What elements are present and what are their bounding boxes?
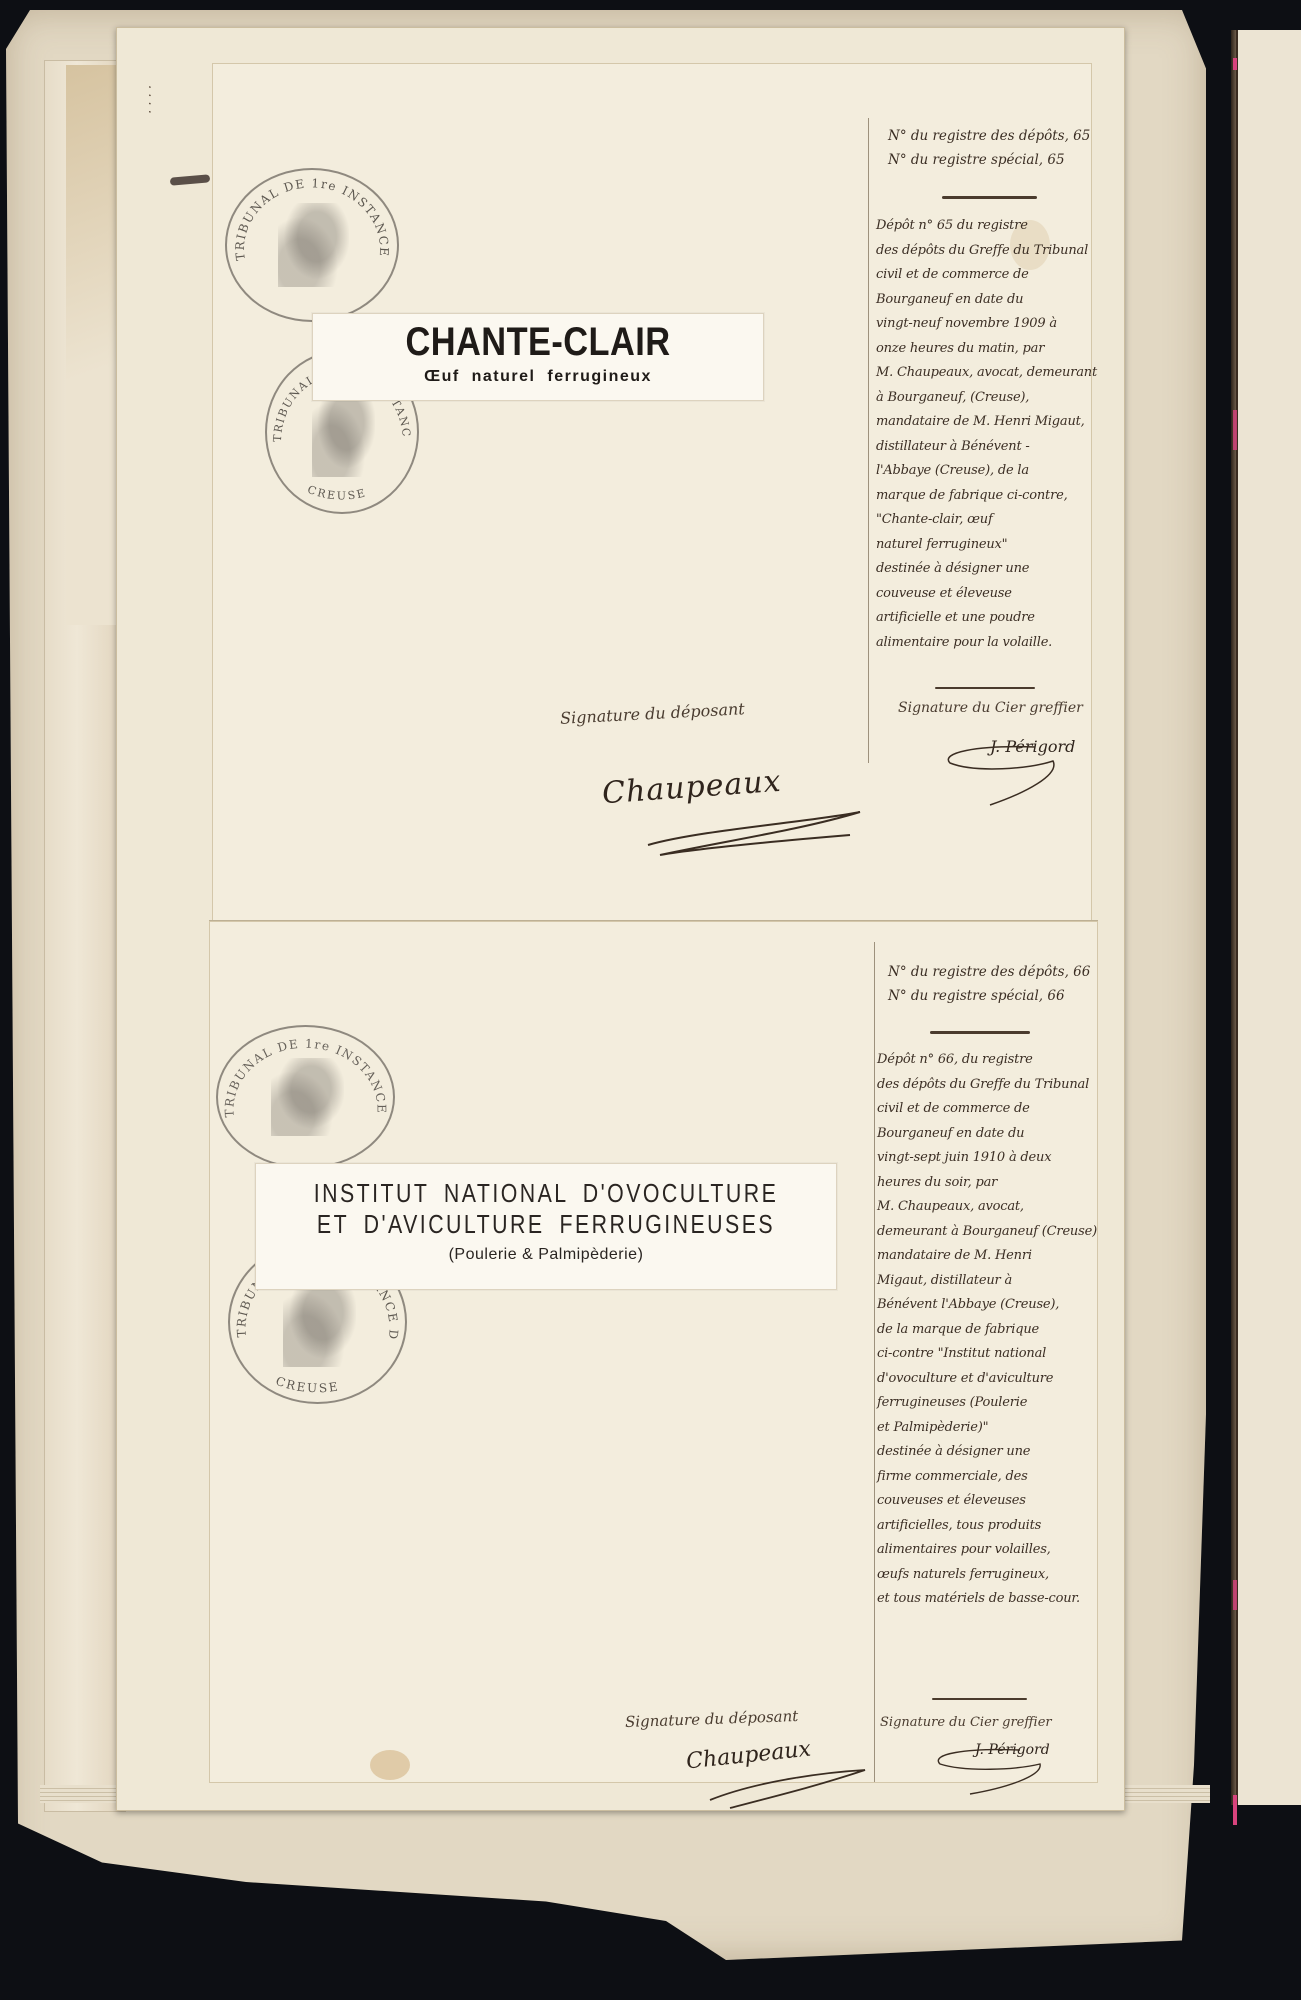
court-seal-stamp: TRIBUNAL DE 1re INSTANCE DE BOURGANEUF [225,168,399,322]
register-text-line: marque de fabrique ci-contre, [876,484,1097,509]
register-text-line: mandataire de M. Henri Migaut, [876,410,1097,435]
register-text-line: civil et de commerce de [876,263,1097,288]
register-deposit-number: N° du registre des dépôts, 66 [888,960,1090,984]
register-text-line: à Bourganeuf, (Creuse), [876,386,1097,411]
separator-rule [930,1031,1030,1034]
separator-rule [942,196,1037,199]
register-text-line: artificielle et une poudre [876,606,1097,631]
register-text-line: œufs naturels ferrugineux, [877,1563,1097,1588]
register-header: N° du registre des dépôts, 65 N° du regi… [888,124,1090,172]
register-text-line: vingt-sept juin 1910 à deux [877,1146,1097,1171]
column-divider [868,118,869,763]
register-text-line: Bénévent l'Abbaye (Creuse), [877,1293,1097,1318]
register-text-line: onze heures du matin, par [876,337,1097,362]
trademark-line-3: (Poulerie & Palmipèderie) [256,1246,836,1264]
register-text-line: ferrugineuses (Poulerie [877,1391,1097,1416]
register-text-line: des dépôts du Greffe du Tribunal [877,1073,1097,1098]
register-text-line: et Palmipèderie)" [877,1416,1097,1441]
register-text-line: Dépôt n° 65 du registre [876,214,1097,239]
register-text-line: Migaut, distillateur à [877,1269,1097,1294]
trademark-label-chante-clair: CHANTE-CLAIR Œuf naturel ferrugineux [312,313,764,401]
register-entry-text: Dépôt n° 65 du registredes dépôts du Gre… [876,214,1097,655]
signature-flourish-icon [935,735,1065,815]
register-text-line: M. Chaupeaux, avocat, [877,1195,1097,1220]
marianne-figure-icon [283,1277,357,1367]
register-text-line: naturel ferrugineux" [876,533,1097,558]
register-text-line: destinée à désigner une [877,1440,1097,1465]
register-special-number: N° du registre spécial, 65 [888,148,1090,172]
svg-text:CREUSE: CREUSE [306,483,369,503]
register-text-line: demeurant à Bourganeuf (Creuse) [877,1220,1097,1245]
register-text-line: Bourganeuf en date du [876,288,1097,313]
register-header: N° du registre des dépôts, 66 N° du regi… [888,960,1090,1008]
trademark-title: CHANTE-CLAIR [345,320,732,364]
register-text-line: couveuse et éleveuse [876,582,1097,607]
marianne-figure-icon [278,203,349,287]
binding-thread [1233,410,1237,450]
adjacent-page-edge [1236,30,1301,1805]
clerk-signature-label: Signature du Cier greffier [880,1715,1052,1730]
register-text-line: vingt-neuf novembre 1909 à [876,312,1097,337]
register-text-line: artificielles, tous produits [877,1514,1097,1539]
register-special-number: N° du registre spécial, 66 [888,984,1090,1008]
trademark-subtitle: Œuf naturel ferrugineux [313,368,763,386]
binding-thread [1233,1795,1237,1825]
court-seal-stamp: TRIBUNAL DE 1re INSTANCE DE BOURGANEUF [216,1025,395,1169]
register-text-line: alimentaire pour la volaille. [876,631,1097,656]
column-divider [874,942,875,1782]
register-text-line: Bourganeuf en date du [877,1122,1097,1147]
binding-thread [1233,1580,1237,1610]
svg-text:CREUSE: CREUSE [274,1374,341,1396]
register-text-line: l'Abbaye (Creuse), de la [876,459,1097,484]
folded-sheet-corner [66,65,116,625]
marianne-figure-icon [271,1058,345,1136]
register-entry-text: Dépôt n° 66, du registredes dépôts du Gr… [877,1048,1097,1612]
register-text-line: civil et de commerce de [877,1097,1097,1122]
trademark-line-1: INSTITUT NATIONAL D'OVOCULTURE [308,1178,784,1209]
register-text-line: "Chante-clair, œuf [876,508,1097,533]
separator-rule [932,1698,1027,1700]
separator-rule [935,687,1035,689]
register-text-line: ci-contre "Institut national [877,1342,1097,1367]
register-text-line: des dépôts du Greffe du Tribunal [876,239,1097,264]
register-deposit-number: N° du registre des dépôts, 65 [888,124,1090,148]
trademark-label-institut-national: INSTITUT NATIONAL D'OVOCULTURE ET D'AVIC… [255,1163,837,1290]
register-text-line: de la marque de fabrique [877,1318,1097,1343]
register-text-line: Dépôt n° 66, du registre [877,1048,1097,1073]
register-text-line: heures du soir, par [877,1171,1097,1196]
signature-flourish-icon [925,1740,1055,1800]
register-text-line: M. Chaupeaux, avocat, demeurant [876,361,1097,386]
register-text-line: couveuses et éleveuses [877,1489,1097,1514]
register-text-line: alimentaires pour volailles, [877,1538,1097,1563]
register-text-line: firme commerciale, des [877,1465,1097,1490]
register-text-line: mandataire de M. Henri [877,1244,1097,1269]
register-text-line: et tous matériels de basse-cour. [877,1587,1097,1612]
clerk-signature-label: Signature du Cier greffier [898,700,1083,716]
register-text-line: destinée à désigner une [876,557,1097,582]
register-text-line: d'ovoculture et d'aviculture [877,1367,1097,1392]
trademark-line-2: ET D'AVICULTURE FERRUGINEUSES [308,1209,784,1240]
signature-flourish-icon [640,800,870,860]
margin-pencil-mark: . . . . [145,85,160,114]
register-text-line: distillateur à Bénévent - [876,435,1097,460]
binding-thread [1233,58,1237,70]
signature-flourish-icon [690,1760,890,1810]
foxing-stain [370,1750,410,1780]
